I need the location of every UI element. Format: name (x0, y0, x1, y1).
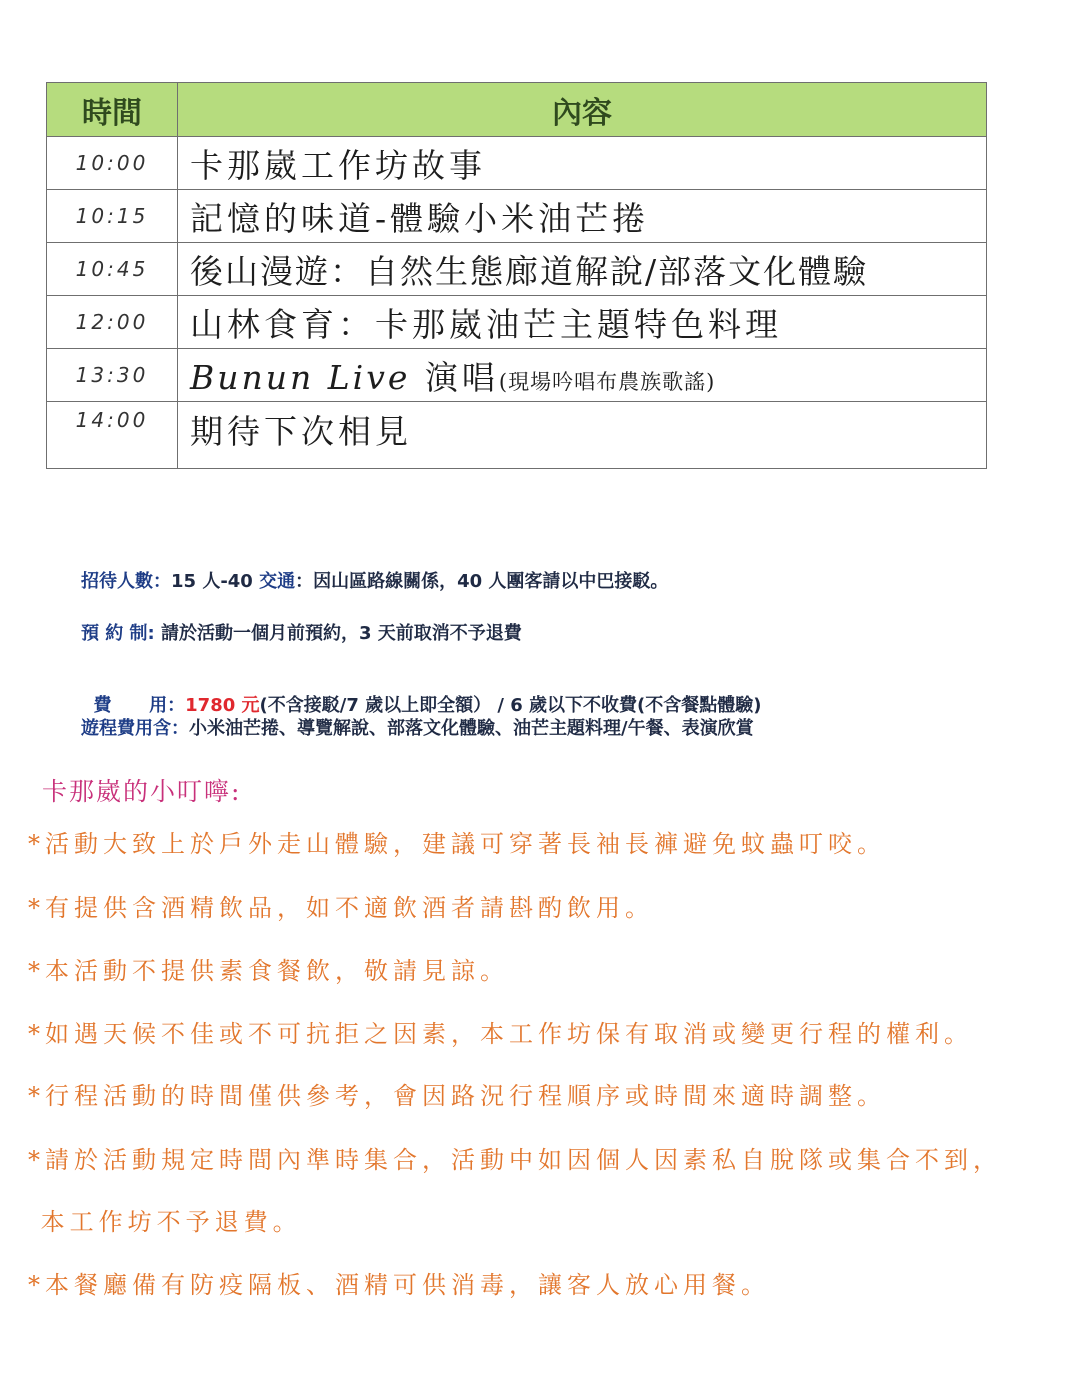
tip-item: *請於活動規定時間內準時集合，活動中如因個人因素私自脫隊或集合不到， (28, 1140, 1002, 1175)
row-content-main: 演唱 (425, 358, 499, 397)
schedule-row: 13:30 Bunun Live 演唱(現場吟唱布農族歌謠) (47, 349, 987, 402)
transport-label: 交通 (259, 571, 295, 592)
row-content-note: (現場吟唱布農族歌謠) (499, 370, 715, 394)
tip-item: *活動大致上於戶外走山體驗，建議可穿著長袖長褲避免蚊蟲叮咬。 (28, 824, 886, 859)
reservation-value: 請於活動一個月前預約，3 天前取消不予退費 (155, 623, 522, 644)
row-content: 山林食育：卡那崴油芒主題特色料理 (178, 296, 987, 349)
fee-label: 費 用： (94, 695, 186, 716)
fee-value: (不含接駁/7 歲以上即全額） / 6 歲以下不收費(不含餐點體驗) (260, 695, 762, 716)
tip-item: *本活動不提供素食餐飲，敬請見諒。 (28, 951, 509, 986)
schedule-row: 10:15 記憶的味道-體驗小米油芒捲 (47, 190, 987, 243)
includes-label: 遊程費用含： (81, 718, 189, 739)
row-time: 14:00 (47, 402, 178, 469)
info-reservation: 預 約 制: 請於活動一個月前預約，3 天前取消不予退費 (81, 619, 522, 645)
schedule-row: 12:00 山林食育：卡那崴油芒主題特色料理 (47, 296, 987, 349)
info-fee: 費 用：1780 元(不含接駁/7 歲以上即全額） / 6 歲以下不收費(不含餐… (81, 670, 761, 717)
row-time: 13:30 (47, 349, 178, 402)
tip-item-continued: 本工作坊不予退費。 (28, 1202, 302, 1237)
tip-item: *有提供含酒精飲品，如不適飲酒者請斟酌飲用。 (28, 888, 654, 923)
includes-value: 小米油芒捲、導覽解說、部落文化體驗、油芒主題料理/午餐、表演欣賞 (189, 718, 754, 739)
row-content: Bunun Live 演唱(現場吟唱布農族歌謠) (178, 349, 987, 402)
row-content: 記憶的味道-體驗小米油芒捲 (178, 190, 987, 243)
schedule-row: 10:45 後山漫遊：自然生態廊道解說/部落文化體驗 (47, 243, 987, 296)
capacity-value: 15 人-40 (171, 571, 259, 592)
info-capacity: 招待人數：15 人-40 交通：因山區路線關係，40 人團客請以中巴接駁。 (81, 567, 668, 593)
fee-price: 1780 元 (185, 695, 259, 716)
tip-item: *行程活動的時間僅供參考，會因路況行程順序或時間來適時調整。 (28, 1076, 886, 1111)
tip-item: *如遇天候不佳或不可抗拒之因素，本工作坊保有取消或變更行程的權利。 (28, 1014, 973, 1049)
reservation-label: 預 約 制: (81, 623, 155, 644)
capacity-label: 招待人數： (81, 571, 171, 592)
row-time: 10:15 (47, 190, 178, 243)
header-time: 時間 (47, 83, 178, 137)
schedule-table: 時間 內容 10:00 卡那崴工作坊故事 10:15 記憶的味道-體驗小米油芒捲… (46, 82, 987, 469)
schedule-row: 14:00 期待下次相見 (47, 402, 987, 469)
row-content: 卡那崴工作坊故事 (178, 137, 987, 190)
transport-value: ：因山區路線關係，40 人團客請以中巴接駁。 (295, 571, 668, 592)
row-time: 12:00 (47, 296, 178, 349)
row-content: 期待下次相見 (178, 402, 987, 469)
header-content: 內容 (178, 83, 987, 137)
row-content-english: Bunun Live (190, 358, 410, 397)
tips-title: 卡那崴的小叮嚀: (42, 772, 241, 808)
info-includes: 遊程費用含：小米油芒捲、導覽解說、部落文化體驗、油芒主題料理/午餐、表演欣賞 (81, 714, 754, 740)
row-time: 10:00 (47, 137, 178, 190)
tip-item: *本餐廳備有防疫隔板、酒精可供消毒，讓客人放心用餐。 (28, 1265, 770, 1300)
schedule-row: 10:00 卡那崴工作坊故事 (47, 137, 987, 190)
row-time: 10:45 (47, 243, 178, 296)
schedule-header-row: 時間 內容 (47, 83, 987, 137)
row-content: 後山漫遊：自然生態廊道解說/部落文化體驗 (178, 243, 987, 296)
